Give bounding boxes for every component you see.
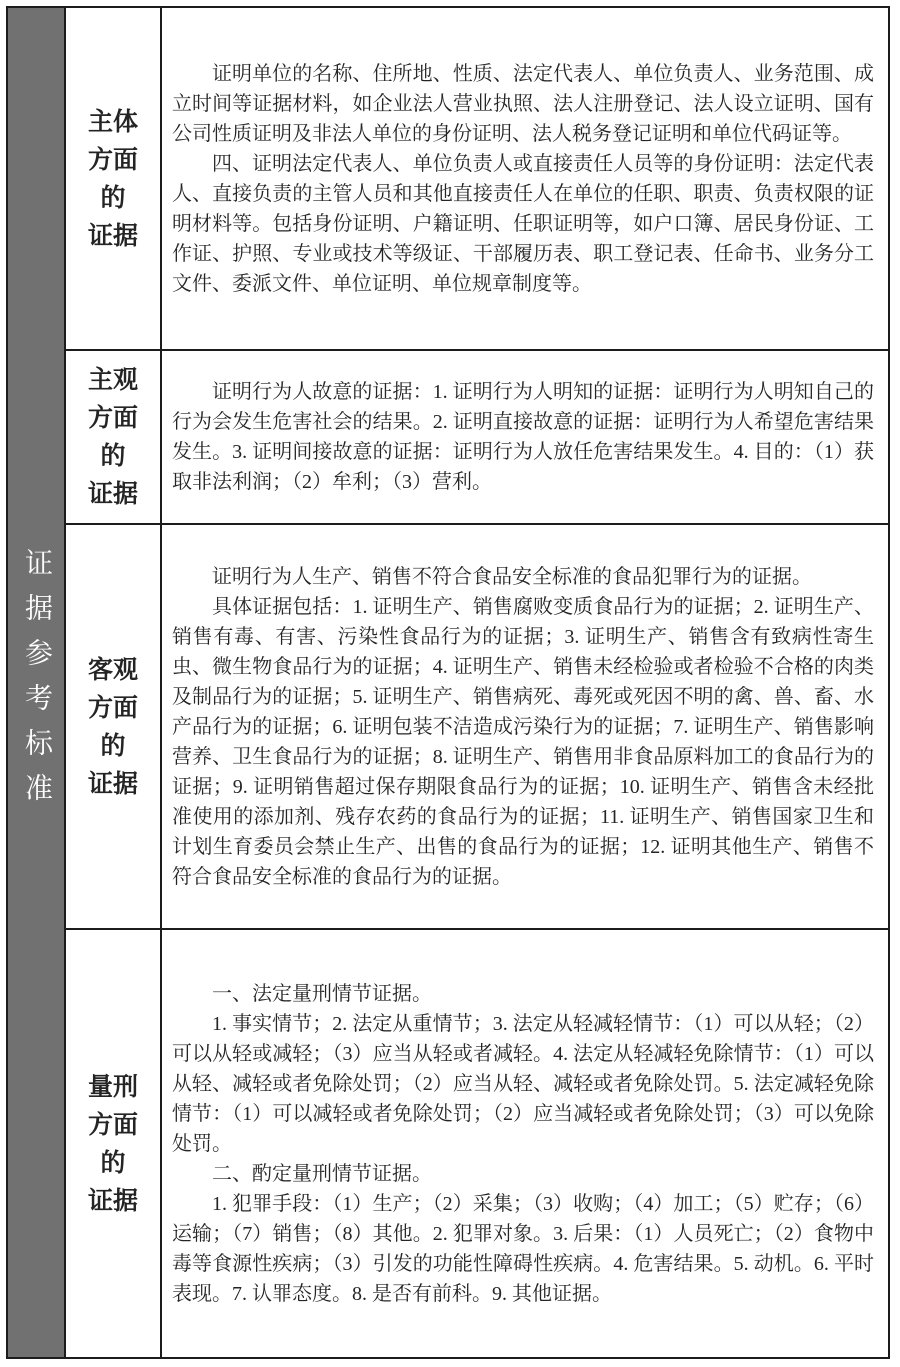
table-row: 主体 方面 的 证据 证明单位的名称、住所地、性质、法定代表人、单位负责人、业务… — [66, 8, 888, 351]
paragraph: 二、酌定量刑情节证据。 — [172, 1159, 874, 1189]
row-content-subject: 证明单位的名称、住所地、性质、法定代表人、单位负责人、业务范围、成立时间等证据材… — [162, 8, 888, 349]
row-header-label: 量刑 方面 的 证据 — [88, 1068, 138, 1220]
table-row: 客观 方面 的 证据 证明行为人生产、销售不符合食品安全标准的食品犯罪行为的证据… — [66, 525, 888, 930]
row-content-sentencing: 一、法定量刑情节证据。 1. 事实情节；2. 法定从重情节；3. 法定从轻减轻情… — [162, 930, 888, 1357]
row-header-subject: 主体 方面 的 证据 — [66, 8, 162, 349]
paragraph: 具体证据包括：1. 证明生产、销售腐败变质食品行为的证据；2. 证明生产、销售有… — [172, 592, 874, 892]
paragraph: 四、证明法定代表人、单位负责人或直接责任人员等的身份证明：法定代表人、直接负责的… — [172, 149, 874, 299]
paragraph: 1. 犯罪手段：（1）生产；（2）采集；（3）收购；（4）加工；（5）贮存；（6… — [172, 1189, 874, 1309]
table-side-header: 证据参考标准 — [8, 8, 66, 1357]
document-page: 证据参考标准 主体 方面 的 证据 证明单位的名称、住所地、性质、法定代表人、单… — [0, 0, 900, 1367]
side-header-title: 证据参考标准 — [16, 548, 56, 818]
table-rows: 主体 方面 的 证据 证明单位的名称、住所地、性质、法定代表人、单位负责人、业务… — [66, 8, 888, 1357]
paragraph: 证明行为人故意的证据：1. 证明行为人明知的证据：证明行为人明知自己的行为会发生… — [172, 377, 874, 497]
table-row: 量刑 方面 的 证据 一、法定量刑情节证据。 1. 事实情节；2. 法定从重情节… — [66, 930, 888, 1357]
row-header-sentencing: 量刑 方面 的 证据 — [66, 930, 162, 1357]
row-header-label: 主观 方面 的 证据 — [88, 361, 138, 513]
evidence-standard-table: 证据参考标准 主体 方面 的 证据 证明单位的名称、住所地、性质、法定代表人、单… — [6, 6, 890, 1359]
paragraph: 证明行为人生产、销售不符合食品安全标准的食品犯罪行为的证据。 — [172, 562, 874, 592]
row-content-objective: 证明行为人生产、销售不符合食品安全标准的食品犯罪行为的证据。 具体证据包括：1.… — [162, 525, 888, 928]
paragraph: 证明单位的名称、住所地、性质、法定代表人、单位负责人、业务范围、成立时间等证据材… — [172, 59, 874, 149]
table-row: 主观 方面 的 证据 证明行为人故意的证据：1. 证明行为人明知的证据：证明行为… — [66, 351, 888, 525]
row-header-subjective: 主观 方面 的 证据 — [66, 351, 162, 523]
paragraph: 1. 事实情节；2. 法定从重情节；3. 法定从轻减轻情节：（1）可以从轻；（2… — [172, 1009, 874, 1159]
paragraph: 一、法定量刑情节证据。 — [172, 979, 874, 1009]
row-header-label: 客观 方面 的 证据 — [88, 651, 138, 803]
row-content-subjective: 证明行为人故意的证据：1. 证明行为人明知的证据：证明行为人明知自己的行为会发生… — [162, 351, 888, 523]
row-header-label: 主体 方面 的 证据 — [88, 103, 138, 255]
row-header-objective: 客观 方面 的 证据 — [66, 525, 162, 928]
